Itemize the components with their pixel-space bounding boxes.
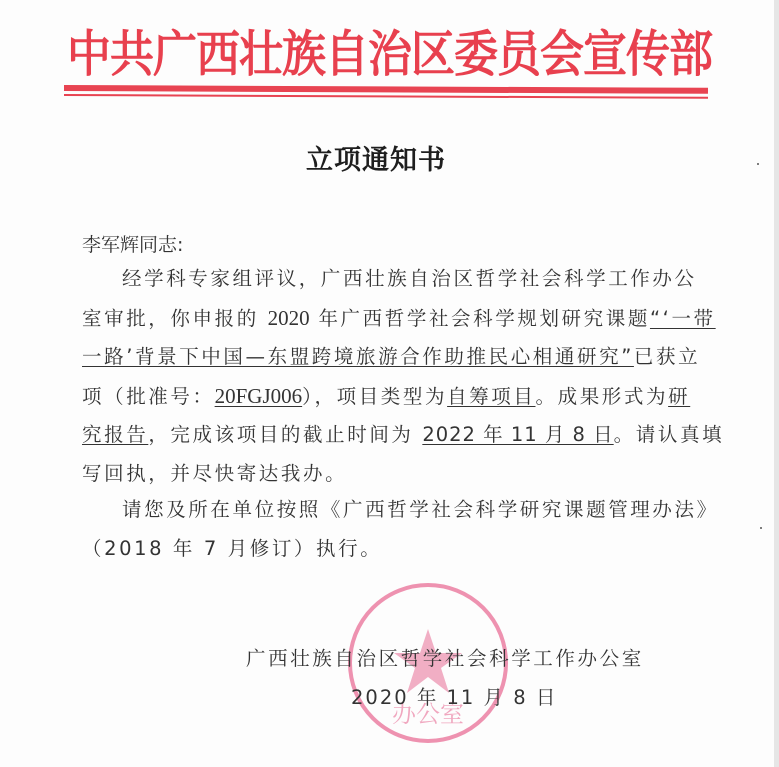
para1-line5: 究报告，完成该项目的截止时间为 2022 年 11 月 8 日。请认真填: [82, 416, 682, 455]
result-form-part1: 研: [668, 385, 690, 408]
project-title-part1: “‘一带: [650, 307, 716, 330]
salutation: 李军辉同志:: [82, 230, 183, 257]
deadline-date: 2022 年 11 月 8 日: [422, 423, 613, 446]
para1-line6: 写回执，并尽快寄达我办。: [82, 455, 682, 494]
signature-date: 2020 年 11 月 8 日: [351, 682, 557, 710]
document-title: 立项通知书: [306, 138, 446, 177]
text: 。成果形式为: [536, 385, 669, 408]
result-form-part2: 究报告: [82, 423, 148, 446]
para1-line4: 项（批准号：20FGJ006），项目类型为自筹项目。成果形式为研: [82, 377, 682, 417]
para1-line2: 室审批，你申报的 2020 年广西哲学社会科学规划研究课题“‘一带: [82, 299, 682, 339]
paragraph-regulations: 请您及所在单位按照《广西哲学社会科学研究课题管理办法》 （2018 年 7 月修…: [82, 491, 682, 568]
text: ，完成该项目的截止时间为: [148, 423, 413, 446]
text: 。请认真填: [614, 423, 725, 446]
text: ），项目类型为: [302, 385, 447, 408]
para1-line3: 一路’背景下中国—东盟跨境旅游合作助推民心相通研究”已获立: [82, 338, 682, 377]
project-title-part2: 一路’背景下中国—东盟跨境旅游合作助推民心相通研究”: [82, 345, 634, 368]
scan-speck: [757, 163, 759, 165]
text: 已获立: [634, 345, 700, 368]
signature-organization: 广西壮族自治区哲学社会科学工作办公室: [246, 643, 644, 671]
text: 室审批，你申报的: [82, 307, 259, 330]
para2-line2: （2018 年 7 月修订）执行。: [82, 530, 682, 569]
page-edge: [774, 0, 779, 767]
letterhead-org-name: 中共广西壮族自治区委员会宣传部: [0, 24, 779, 87]
scan-speck: [760, 527, 762, 529]
para2-line1: 请您及所在单位按照《广西哲学社会科学研究课题管理办法》: [82, 491, 682, 530]
approval-number: 20FGJ006: [215, 384, 303, 408]
para1-line1: 经学科专家组评议，广西壮族自治区哲学社会科学工作办公: [82, 260, 682, 299]
text: 年广西哲学社会科学规划研究课题: [318, 307, 650, 330]
letterhead-rule-thin: [64, 94, 708, 99]
project-type: 自筹项目: [447, 385, 535, 408]
text: 项（批准号：: [82, 385, 215, 408]
year: 2020: [268, 306, 310, 330]
paragraph-approval: 经学科专家组评议，广西壮族自治区哲学社会科学工作办公 室审批，你申报的 2020…: [82, 260, 682, 493]
